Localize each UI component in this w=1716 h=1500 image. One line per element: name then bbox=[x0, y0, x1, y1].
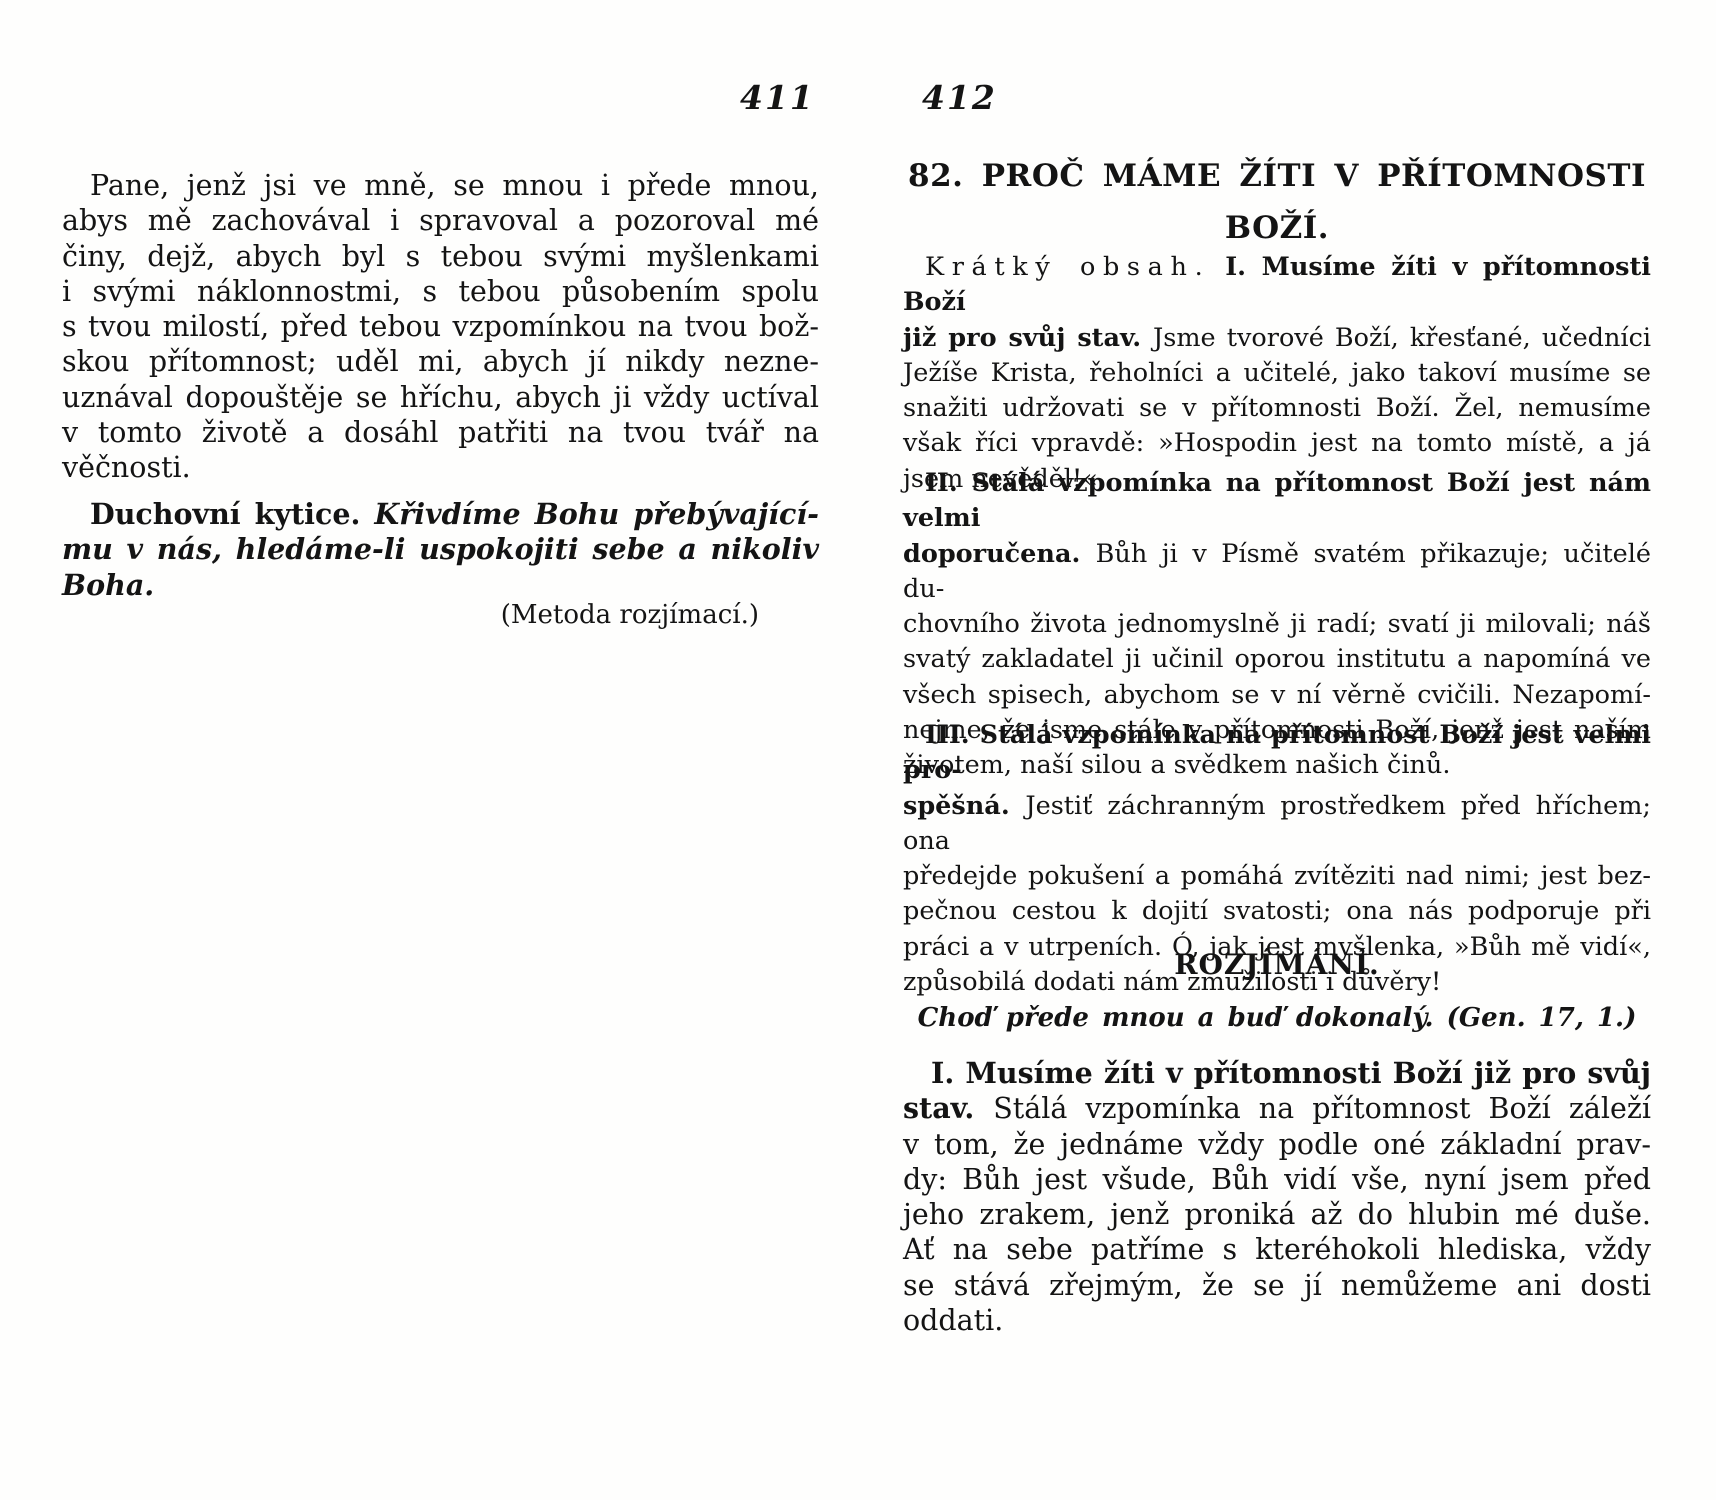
text-line: již pro svůj stav. Jsme tvorové Boží, kř… bbox=[903, 321, 1651, 356]
chapter-heading: 82. PROČ MÁME ŽÍTI V PŘÍTOMNOSTI BOŽÍ. bbox=[903, 150, 1651, 254]
text-segment: Duchovní kytice. bbox=[90, 497, 374, 531]
text-segment: však říci vpravdě: »Hospodin jest na tom… bbox=[903, 428, 1651, 458]
text-segment: spěšná. bbox=[903, 791, 1025, 821]
text-segment: snažiti udržovati se v přítomnosti Boží.… bbox=[903, 393, 1651, 423]
text-segment: Boha. bbox=[62, 568, 154, 602]
text-segment: abys mě zachovával i spravoval a pozorov… bbox=[62, 204, 819, 237]
text-segment: mu v nás, hledáme-li uspokojiti sebe a n… bbox=[62, 532, 819, 566]
text-line: III. Stálá vzpomínka na přítomnost Boží … bbox=[903, 718, 1651, 789]
page-number-left: 411 bbox=[740, 78, 815, 117]
text-segment: skou přítomnost; uděl mi, abych jí nikdy… bbox=[62, 345, 819, 378]
text-line: doporučena. Bůh ji v Písmě svatém přikaz… bbox=[903, 537, 1651, 608]
text-segment bbox=[1210, 252, 1225, 282]
text-line: mu v nás, hledáme-li uspokojiti sebe a n… bbox=[62, 532, 819, 567]
text-segment: I. Musíme žíti v přítomnosti Boží již pr… bbox=[931, 1056, 1651, 1090]
meditation-heading: ROZJÍMÁNÍ. bbox=[903, 948, 1651, 981]
text-segment: oddati. bbox=[903, 1304, 1003, 1337]
text-line: Pane, jenž jsi ve mně, se mnou i přede m… bbox=[62, 168, 819, 203]
text-line: i svými náklonnostmi, s tebou působením … bbox=[62, 274, 819, 309]
text-line: však říci vpravdě: »Hospodin jest na tom… bbox=[903, 426, 1651, 461]
spiritual-bouquet-paragraph: Duchovní kytice. Křivdíme Bohu přebývají… bbox=[62, 497, 819, 603]
page-number-right: 412 bbox=[922, 78, 997, 117]
text-line: I. Musíme žíti v přítomnosti Boží již pr… bbox=[903, 1056, 1651, 1091]
prayer-paragraph: Pane, jenž jsi ve mně, se mnou i přede m… bbox=[62, 168, 819, 486]
text-line: v tom, že jednáme vždy podle oné základn… bbox=[903, 1127, 1651, 1162]
text-segment: II. Stálá vzpomínka na přítomnost Boží j… bbox=[903, 468, 1651, 533]
text-line: Krátký obsah. I. Musíme žíti v přítomnos… bbox=[903, 250, 1651, 321]
text-line: Ať na sebe patříme s kteréhokoli hledisk… bbox=[903, 1232, 1651, 1267]
text-segment: svatý zakladatel ji učinil oporou instit… bbox=[903, 644, 1651, 674]
text-line: v tomto životě a dosáhl patřiti na tvou … bbox=[62, 415, 819, 450]
text-line: jeho zrakem, jenž proniká až do hlubin m… bbox=[903, 1197, 1651, 1232]
text-segment: Krátký obsah. bbox=[925, 252, 1210, 282]
text-line: abys mě zachovával i spravoval a pozorov… bbox=[62, 203, 819, 238]
text-line: všech spisech, abychom se v ní věrně cvi… bbox=[903, 678, 1651, 713]
text-line: uznával dopouštěje se hříchu, abych ji v… bbox=[62, 380, 819, 415]
point-i-paragraph: I. Musíme žíti v přítomnosti Boží již pr… bbox=[903, 1056, 1651, 1338]
text-line: předejde pokušení a pomáhá zvítěziti nad… bbox=[903, 859, 1651, 894]
text-segment: dy: Bůh jest všude, Bůh vidí vše, nyní j… bbox=[903, 1163, 1651, 1196]
text-line: s tvou milostí, před tebou vzpomínkou na… bbox=[62, 309, 819, 344]
text-segment: i svými náklonnostmi, s tebou působením … bbox=[62, 275, 819, 308]
chapter-heading-line1: 82. PROČ MÁME ŽÍTI V PŘÍTOMNOSTI bbox=[903, 150, 1651, 202]
text-segment: všech spisech, abychom se v ní věrně cvi… bbox=[903, 680, 1651, 710]
text-segment: Ježíše Krista, řeholníci a učitelé, jako… bbox=[903, 358, 1651, 388]
text-line: chovního života jednomyslně ji radí; sva… bbox=[903, 607, 1651, 642]
text-line: dy: Bůh jest všude, Bůh vidí vše, nyní j… bbox=[903, 1162, 1651, 1197]
text-line: spěšná. Jestiť záchranným prostředkem př… bbox=[903, 789, 1651, 860]
text-segment: s tvou milostí, před tebou vzpomínkou na… bbox=[62, 310, 819, 343]
text-segment: pečnou cestou k dojití svatosti; ona nás… bbox=[903, 896, 1651, 926]
text-line: snažiti udržovati se v přítomnosti Boží.… bbox=[903, 391, 1651, 426]
text-line: svatý zakladatel ji učinil oporou instit… bbox=[903, 642, 1651, 677]
text-segment: v tomto životě a dosáhl patřiti na tvou … bbox=[62, 416, 819, 449]
text-line: Ježíše Krista, řeholníci a učitelé, jako… bbox=[903, 356, 1651, 391]
scripture-verse: Choď přede mnou a buď dokonalý. (Gen. 17… bbox=[903, 1003, 1651, 1033]
text-line: činy, dejž, abych byl s tebou svými myšl… bbox=[62, 239, 819, 274]
text-segment: předejde pokušení a pomáhá zvítěziti nad… bbox=[903, 861, 1651, 891]
method-note: (Metoda rozjímací.) bbox=[62, 600, 819, 630]
scanned-book-spread: 411 Pane, jenž jsi ve mně, se mnou i pře… bbox=[0, 0, 1716, 1500]
text-line: II. Stálá vzpomínka na přítomnost Boží j… bbox=[903, 466, 1651, 537]
text-segment: doporučena. bbox=[903, 539, 1096, 569]
chapter-heading-line2: BOŽÍ. bbox=[903, 202, 1651, 254]
text-segment: Ať na sebe patříme s kteréhokoli hledisk… bbox=[903, 1233, 1651, 1266]
text-segment: již pro svůj stav. bbox=[903, 323, 1153, 353]
text-segment: činy, dejž, abych byl s tebou svými myšl… bbox=[62, 240, 819, 273]
text-line: oddati. bbox=[903, 1303, 1651, 1338]
text-segment: věčnosti. bbox=[62, 451, 191, 484]
text-segment: se stává zřejmým, že se jí nemůžeme ani … bbox=[903, 1269, 1651, 1302]
text-segment: chovního života jednomyslně ji radí; sva… bbox=[903, 609, 1651, 639]
text-segment: Pane, jenž jsi ve mně, se mnou i přede m… bbox=[90, 169, 819, 202]
text-line: Duchovní kytice. Křivdíme Bohu přebývají… bbox=[62, 497, 819, 532]
text-line: věčnosti. bbox=[62, 450, 819, 485]
text-segment: uznával dopouštěje se hříchu, abych ji v… bbox=[62, 381, 819, 414]
text-segment: III. Stálá vzpomínka na přítomnost Boží … bbox=[903, 720, 1651, 785]
text-segment: Stálá vzpomínka na přítomnost Boží zálež… bbox=[993, 1092, 1651, 1125]
text-line: Boha. bbox=[62, 568, 819, 603]
text-segment: Jsme tvorové Boží, křesťané, učedníci bbox=[1153, 323, 1651, 353]
text-segment: stav. bbox=[903, 1091, 993, 1125]
summary-paragraph: Krátký obsah. I. Musíme žíti v přítomnos… bbox=[903, 250, 1651, 497]
text-segment: Křivdíme Bohu přebývající- bbox=[374, 497, 819, 531]
text-segment: jeho zrakem, jenž proniká až do hlubin m… bbox=[903, 1198, 1651, 1231]
text-line: pečnou cestou k dojití svatosti; ona nás… bbox=[903, 894, 1651, 929]
text-line: stav. Stálá vzpomínka na přítomnost Boží… bbox=[903, 1091, 1651, 1126]
text-line: se stává zřejmým, že se jí nemůžeme ani … bbox=[903, 1268, 1651, 1303]
text-line: skou přítomnost; uděl mi, abych jí nikdy… bbox=[62, 344, 819, 379]
text-segment: v tom, že jednáme vždy podle oné základn… bbox=[903, 1128, 1651, 1161]
